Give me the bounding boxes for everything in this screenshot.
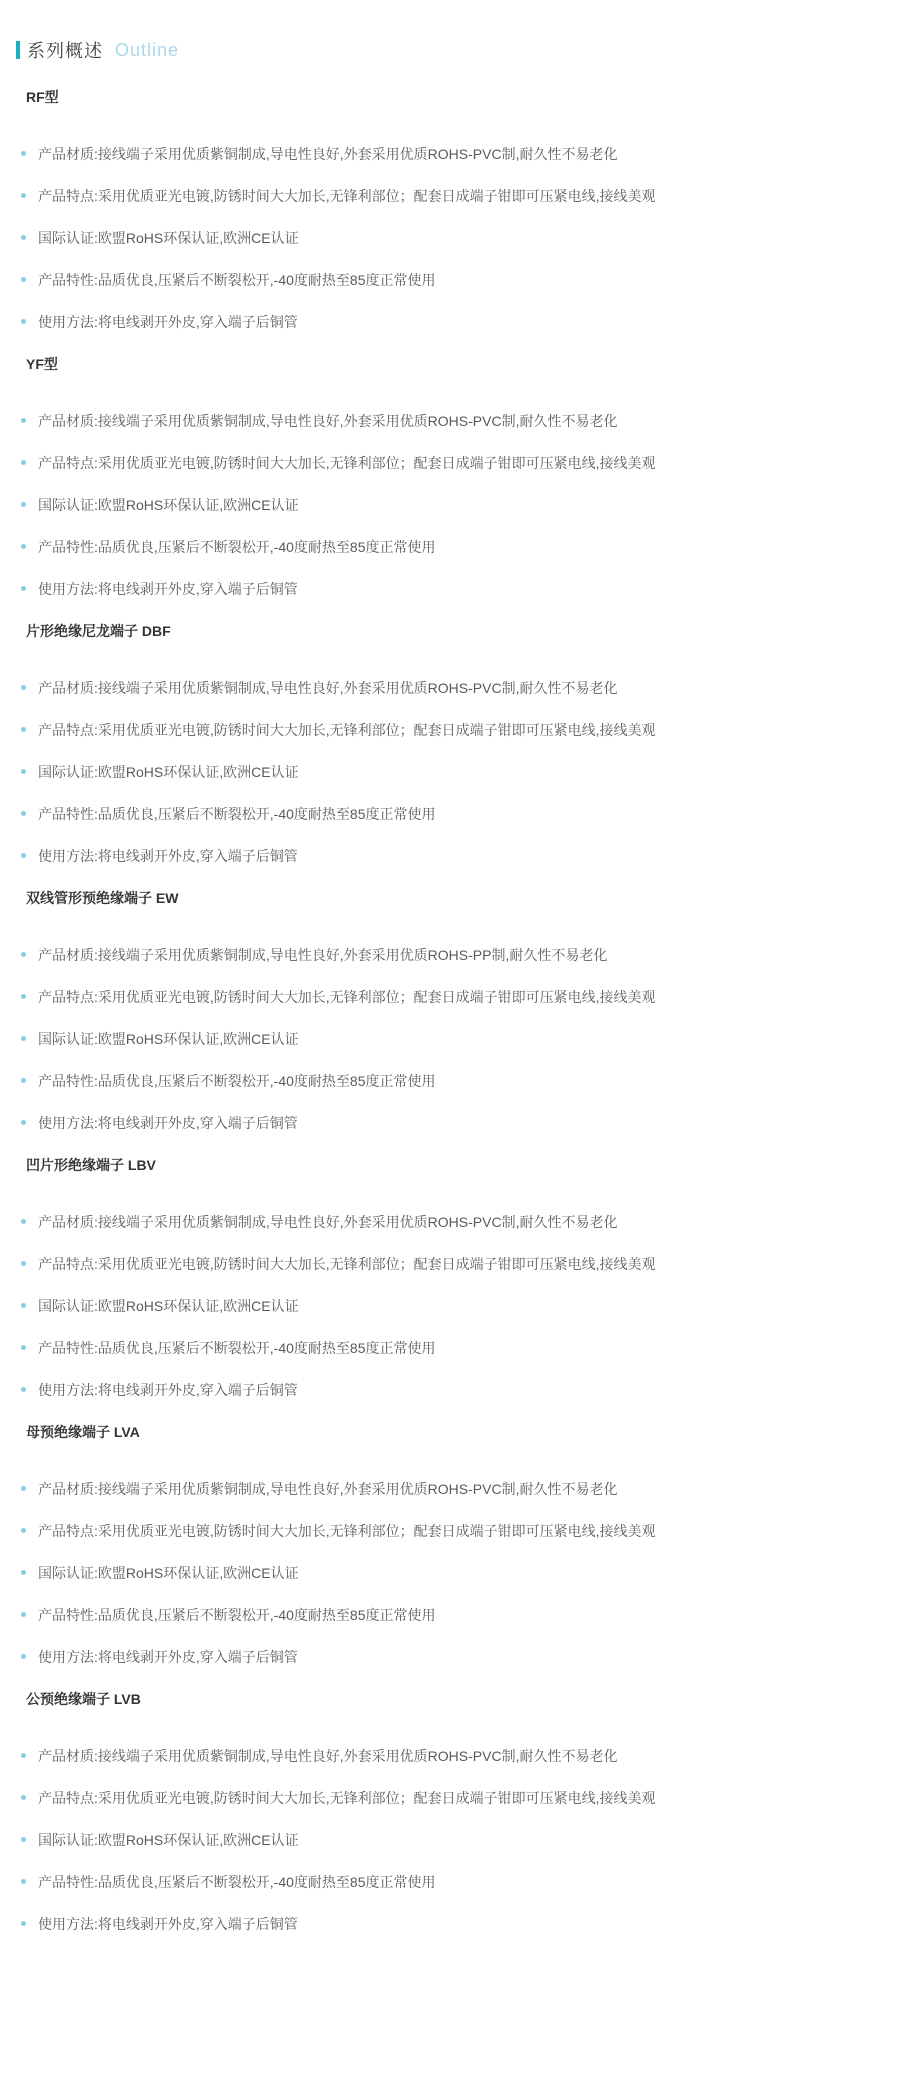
bullet-text: 国际认证:欧盟RoHS环保认证,欧洲CE认证 bbox=[38, 1298, 299, 1314]
bullet-text: 产品材质:接线端子采用优质紫铜制成,导电性良好,外套采用优质ROHS-PVC制,… bbox=[38, 680, 617, 696]
bullet-text: 产品材质:接线端子采用优质紫铜制成,导电性良好,外套采用优质ROHS-PVC制,… bbox=[38, 1214, 617, 1230]
list-item: 使用方法:将电线剥开外皮,穿入端子后铜管 bbox=[21, 846, 870, 866]
list-item: 国际认证:欧盟RoHS环保认证,欧洲CE认证 bbox=[21, 1296, 870, 1316]
bullet-text: 国际认证:欧盟RoHS环保认证,欧洲CE认证 bbox=[38, 1565, 299, 1581]
list-item: 国际认证:欧盟RoHS环保认证,欧洲CE认证 bbox=[21, 228, 870, 248]
list-item: 产品材质:接线端子采用优质紫铜制成,导电性良好,外套采用优质ROHS-PVC制,… bbox=[21, 1212, 870, 1232]
list-item: 国际认证:欧盟RoHS环保认证,欧洲CE认证 bbox=[21, 1029, 870, 1049]
list-item: 使用方法:将电线剥开外皮,穿入端子后铜管 bbox=[21, 579, 870, 599]
bullet-list: 产品材质:接线端子采用优质紫铜制成,导电性良好,外套采用优质ROHS-PVC制,… bbox=[21, 411, 870, 599]
list-item: 国际认证:欧盟RoHS环保认证,欧洲CE认证 bbox=[21, 1830, 870, 1850]
bullet-text: 国际认证:欧盟RoHS环保认证,欧洲CE认证 bbox=[38, 764, 299, 780]
bullet-dot-icon bbox=[21, 811, 26, 816]
section-heading: 片形绝缘尼龙端子 DBF bbox=[26, 621, 870, 641]
bullet-dot-icon bbox=[21, 1921, 26, 1926]
list-item: 产品特性:品质优良,压紧后不断裂松开,-40度耐热至85度正常使用 bbox=[21, 804, 870, 824]
bullet-dot-icon bbox=[21, 277, 26, 282]
bullet-dot-icon bbox=[21, 586, 26, 591]
bullet-list: 产品材质:接线端子采用优质紫铜制成,导电性良好,外套采用优质ROHS-PVC制,… bbox=[21, 1212, 870, 1400]
list-item: 产品特性:品质优良,压紧后不断裂松开,-40度耐热至85度正常使用 bbox=[21, 1338, 870, 1358]
page-header: 系列概述 Outline bbox=[16, 38, 870, 62]
bullet-text: 产品特点:采用优质亚光电镀,防锈时间大大加长,无锋利部位；配套日成端子钳即可压紧… bbox=[38, 989, 656, 1005]
bullet-dot-icon bbox=[21, 1753, 26, 1758]
list-item: 产品特点:采用优质亚光电镀,防锈时间大大加长,无锋利部位；配套日成端子钳即可压紧… bbox=[21, 720, 870, 740]
section-heading: YF型 bbox=[26, 354, 870, 374]
bullet-dot-icon bbox=[21, 1795, 26, 1800]
list-item: 产品材质:接线端子采用优质紫铜制成,导电性良好,外套采用优质ROHS-PVC制,… bbox=[21, 678, 870, 698]
bullet-dot-icon bbox=[21, 1837, 26, 1842]
product-section: 片形绝缘尼龙端子 DBF 产品材质:接线端子采用优质紫铜制成,导电性良好,外套采… bbox=[21, 621, 870, 866]
bullet-dot-icon bbox=[21, 1387, 26, 1392]
bullet-list: 产品材质:接线端子采用优质紫铜制成,导电性良好,外套采用优质ROHS-PVC制,… bbox=[21, 1479, 870, 1667]
list-item: 产品特性:品质优良,压紧后不断裂松开,-40度耐热至85度正常使用 bbox=[21, 1605, 870, 1625]
bullet-text: 国际认证:欧盟RoHS环保认证,欧洲CE认证 bbox=[38, 1031, 299, 1047]
bullet-dot-icon bbox=[21, 1654, 26, 1659]
list-item: 产品特点:采用优质亚光电镀,防锈时间大大加长,无锋利部位；配套日成端子钳即可压紧… bbox=[21, 1254, 870, 1274]
list-item: 产品特性:品质优良,压紧后不断裂松开,-40度耐热至85度正常使用 bbox=[21, 1071, 870, 1091]
bullet-text: 产品材质:接线端子采用优质紫铜制成,导电性良好,外套采用优质ROHS-PVC制,… bbox=[38, 1748, 617, 1764]
bullet-text: 使用方法:将电线剥开外皮,穿入端子后铜管 bbox=[38, 1916, 298, 1932]
section-heading: RF型 bbox=[26, 87, 870, 107]
bullet-text: 使用方法:将电线剥开外皮,穿入端子后铜管 bbox=[38, 1115, 298, 1131]
product-section: 凹片形绝缘端子 LBV 产品材质:接线端子采用优质紫铜制成,导电性良好,外套采用… bbox=[21, 1155, 870, 1400]
bullet-list: 产品材质:接线端子采用优质紫铜制成,导电性良好,外套采用优质ROHS-PVC制,… bbox=[21, 1746, 870, 1934]
section-heading: 双线管形预绝缘端子 EW bbox=[26, 888, 870, 908]
list-item: 产品特点:采用优质亚光电镀,防锈时间大大加长,无锋利部位；配套日成端子钳即可压紧… bbox=[21, 453, 870, 473]
bullet-dot-icon bbox=[21, 319, 26, 324]
list-item: 产品特性:品质优良,压紧后不断裂松开,-40度耐热至85度正常使用 bbox=[21, 270, 870, 290]
bullet-text: 使用方法:将电线剥开外皮,穿入端子后铜管 bbox=[38, 848, 298, 864]
bullet-text: 使用方法:将电线剥开外皮,穿入端子后铜管 bbox=[38, 1649, 298, 1665]
bullet-text: 使用方法:将电线剥开外皮,穿入端子后铜管 bbox=[38, 1382, 298, 1398]
bullet-text: 产品特性:品质优良,压紧后不断裂松开,-40度耐热至85度正常使用 bbox=[38, 1874, 435, 1890]
bullet-dot-icon bbox=[21, 1570, 26, 1575]
bullet-text: 产品特性:品质优良,压紧后不断裂松开,-40度耐热至85度正常使用 bbox=[38, 806, 435, 822]
list-item: 产品特性:品质优良,压紧后不断裂松开,-40度耐热至85度正常使用 bbox=[21, 537, 870, 557]
list-item: 使用方法:将电线剥开外皮,穿入端子后铜管 bbox=[21, 1914, 870, 1934]
section-heading: 凹片形绝缘端子 LBV bbox=[26, 1155, 870, 1175]
bullet-dot-icon bbox=[21, 418, 26, 423]
bullet-text: 产品材质:接线端子采用优质紫铜制成,导电性良好,外套采用优质ROHS-PP制,耐… bbox=[38, 947, 607, 963]
list-item: 产品材质:接线端子采用优质紫铜制成,导电性良好,外套采用优质ROHS-PVC制,… bbox=[21, 411, 870, 431]
section-heading: 母预绝缘端子 LVA bbox=[26, 1422, 870, 1442]
product-section: YF型 产品材质:接线端子采用优质紫铜制成,导电性良好,外套采用优质ROHS-P… bbox=[21, 354, 870, 599]
bullet-dot-icon bbox=[21, 952, 26, 957]
page: 系列概述 Outline RF型 产品材质:接线端子采用优质紫铜制成,导电性良好… bbox=[0, 0, 900, 1934]
page-title: 系列概述 bbox=[27, 37, 103, 63]
bullet-dot-icon bbox=[21, 1303, 26, 1308]
bullet-dot-icon bbox=[21, 1486, 26, 1491]
list-item: 产品特点:采用优质亚光电镀,防锈时间大大加长,无锋利部位；配套日成端子钳即可压紧… bbox=[21, 987, 870, 1007]
list-item: 产品材质:接线端子采用优质紫铜制成,导电性良好,外套采用优质ROHS-PVC制,… bbox=[21, 1746, 870, 1766]
bullet-dot-icon bbox=[21, 460, 26, 465]
bullet-text: 产品特性:品质优良,压紧后不断裂松开,-40度耐热至85度正常使用 bbox=[38, 1073, 435, 1089]
accent-bar-icon bbox=[16, 41, 20, 59]
bullet-text: 产品特性:品质优良,压紧后不断裂松开,-40度耐热至85度正常使用 bbox=[38, 1340, 435, 1356]
list-item: 国际认证:欧盟RoHS环保认证,欧洲CE认证 bbox=[21, 1563, 870, 1583]
bullet-dot-icon bbox=[21, 1219, 26, 1224]
bullet-dot-icon bbox=[21, 1612, 26, 1617]
bullet-list: 产品材质:接线端子采用优质紫铜制成,导电性良好,外套采用优质ROHS-PVC制,… bbox=[21, 144, 870, 332]
bullet-dot-icon bbox=[21, 853, 26, 858]
list-item: 产品材质:接线端子采用优质紫铜制成,导电性良好,外套采用优质ROHS-PP制,耐… bbox=[21, 945, 870, 965]
bullet-text: 产品特点:采用优质亚光电镀,防锈时间大大加长,无锋利部位；配套日成端子钳即可压紧… bbox=[38, 188, 656, 204]
bullet-text: 使用方法:将电线剥开外皮,穿入端子后铜管 bbox=[38, 581, 298, 597]
bullet-dot-icon bbox=[21, 1345, 26, 1350]
list-item: 产品材质:接线端子采用优质紫铜制成,导电性良好,外套采用优质ROHS-PVC制,… bbox=[21, 1479, 870, 1499]
list-item: 使用方法:将电线剥开外皮,穿入端子后铜管 bbox=[21, 1380, 870, 1400]
bullet-text: 使用方法:将电线剥开外皮,穿入端子后铜管 bbox=[38, 314, 298, 330]
bullet-list: 产品材质:接线端子采用优质紫铜制成,导电性良好,外套采用优质ROHS-PP制,耐… bbox=[21, 945, 870, 1133]
list-item: 使用方法:将电线剥开外皮,穿入端子后铜管 bbox=[21, 1647, 870, 1667]
bullet-text: 产品材质:接线端子采用优质紫铜制成,导电性良好,外套采用优质ROHS-PVC制,… bbox=[38, 146, 617, 162]
list-item: 产品特点:采用优质亚光电镀,防锈时间大大加长,无锋利部位；配套日成端子钳即可压紧… bbox=[21, 1521, 870, 1541]
list-item: 国际认证:欧盟RoHS环保认证,欧洲CE认证 bbox=[21, 762, 870, 782]
bullet-text: 产品特点:采用优质亚光电镀,防锈时间大大加长,无锋利部位；配套日成端子钳即可压紧… bbox=[38, 1256, 656, 1272]
product-section: 公预绝缘端子 LVB 产品材质:接线端子采用优质紫铜制成,导电性良好,外套采用优… bbox=[21, 1689, 870, 1934]
sections-container: RF型 产品材质:接线端子采用优质紫铜制成,导电性良好,外套采用优质ROHS-P… bbox=[21, 87, 870, 1934]
bullet-dot-icon bbox=[21, 1528, 26, 1533]
bullet-dot-icon bbox=[21, 1261, 26, 1266]
bullet-text: 产品材质:接线端子采用优质紫铜制成,导电性良好,外套采用优质ROHS-PVC制,… bbox=[38, 413, 617, 429]
bullet-dot-icon bbox=[21, 769, 26, 774]
bullet-text: 产品特性:品质优良,压紧后不断裂松开,-40度耐热至85度正常使用 bbox=[38, 272, 435, 288]
bullet-dot-icon bbox=[21, 1078, 26, 1083]
bullet-text: 产品特点:采用优质亚光电镀,防锈时间大大加长,无锋利部位；配套日成端子钳即可压紧… bbox=[38, 455, 656, 471]
product-section: 双线管形预绝缘端子 EW 产品材质:接线端子采用优质紫铜制成,导电性良好,外套采… bbox=[21, 888, 870, 1133]
bullet-text: 产品特点:采用优质亚光电镀,防锈时间大大加长,无锋利部位；配套日成端子钳即可压紧… bbox=[38, 1523, 656, 1539]
bullet-text: 国际认证:欧盟RoHS环保认证,欧洲CE认证 bbox=[38, 497, 299, 513]
list-item: 产品特性:品质优良,压紧后不断裂松开,-40度耐热至85度正常使用 bbox=[21, 1872, 870, 1892]
bullet-dot-icon bbox=[21, 235, 26, 240]
bullet-text: 国际认证:欧盟RoHS环保认证,欧洲CE认证 bbox=[38, 230, 299, 246]
bullet-dot-icon bbox=[21, 727, 26, 732]
product-section: 母预绝缘端子 LVA 产品材质:接线端子采用优质紫铜制成,导电性良好,外套采用优… bbox=[21, 1422, 870, 1667]
bullet-text: 产品特性:品质优良,压紧后不断裂松开,-40度耐热至85度正常使用 bbox=[38, 1607, 435, 1623]
list-item: 国际认证:欧盟RoHS环保认证,欧洲CE认证 bbox=[21, 495, 870, 515]
list-item: 使用方法:将电线剥开外皮,穿入端子后铜管 bbox=[21, 312, 870, 332]
list-item: 产品材质:接线端子采用优质紫铜制成,导电性良好,外套采用优质ROHS-PVC制,… bbox=[21, 144, 870, 164]
bullet-text: 国际认证:欧盟RoHS环保认证,欧洲CE认证 bbox=[38, 1832, 299, 1848]
bullet-dot-icon bbox=[21, 1120, 26, 1125]
bullet-dot-icon bbox=[21, 193, 26, 198]
bullet-dot-icon bbox=[21, 994, 26, 999]
bullet-dot-icon bbox=[21, 1036, 26, 1041]
list-item: 产品特点:采用优质亚光电镀,防锈时间大大加长,无锋利部位；配套日成端子钳即可压紧… bbox=[21, 1788, 870, 1808]
bullet-list: 产品材质:接线端子采用优质紫铜制成,导电性良好,外套采用优质ROHS-PVC制,… bbox=[21, 678, 870, 866]
product-section: RF型 产品材质:接线端子采用优质紫铜制成,导电性良好,外套采用优质ROHS-P… bbox=[21, 87, 870, 332]
bullet-dot-icon bbox=[21, 685, 26, 690]
bullet-text: 产品特点:采用优质亚光电镀,防锈时间大大加长,无锋利部位；配套日成端子钳即可压紧… bbox=[38, 1790, 656, 1806]
bullet-dot-icon bbox=[21, 1879, 26, 1884]
bullet-text: 产品特点:采用优质亚光电镀,防锈时间大大加长,无锋利部位；配套日成端子钳即可压紧… bbox=[38, 722, 656, 738]
list-item: 产品特点:采用优质亚光电镀,防锈时间大大加长,无锋利部位；配套日成端子钳即可压紧… bbox=[21, 186, 870, 206]
section-heading: 公预绝缘端子 LVB bbox=[26, 1689, 870, 1709]
bullet-dot-icon bbox=[21, 151, 26, 156]
bullet-dot-icon bbox=[21, 544, 26, 549]
bullet-text: 产品材质:接线端子采用优质紫铜制成,导电性良好,外套采用优质ROHS-PVC制,… bbox=[38, 1481, 617, 1497]
list-item: 使用方法:将电线剥开外皮,穿入端子后铜管 bbox=[21, 1113, 870, 1133]
bullet-text: 产品特性:品质优良,压紧后不断裂松开,-40度耐热至85度正常使用 bbox=[38, 539, 435, 555]
bullet-dot-icon bbox=[21, 502, 26, 507]
page-subtitle: Outline bbox=[115, 40, 179, 61]
